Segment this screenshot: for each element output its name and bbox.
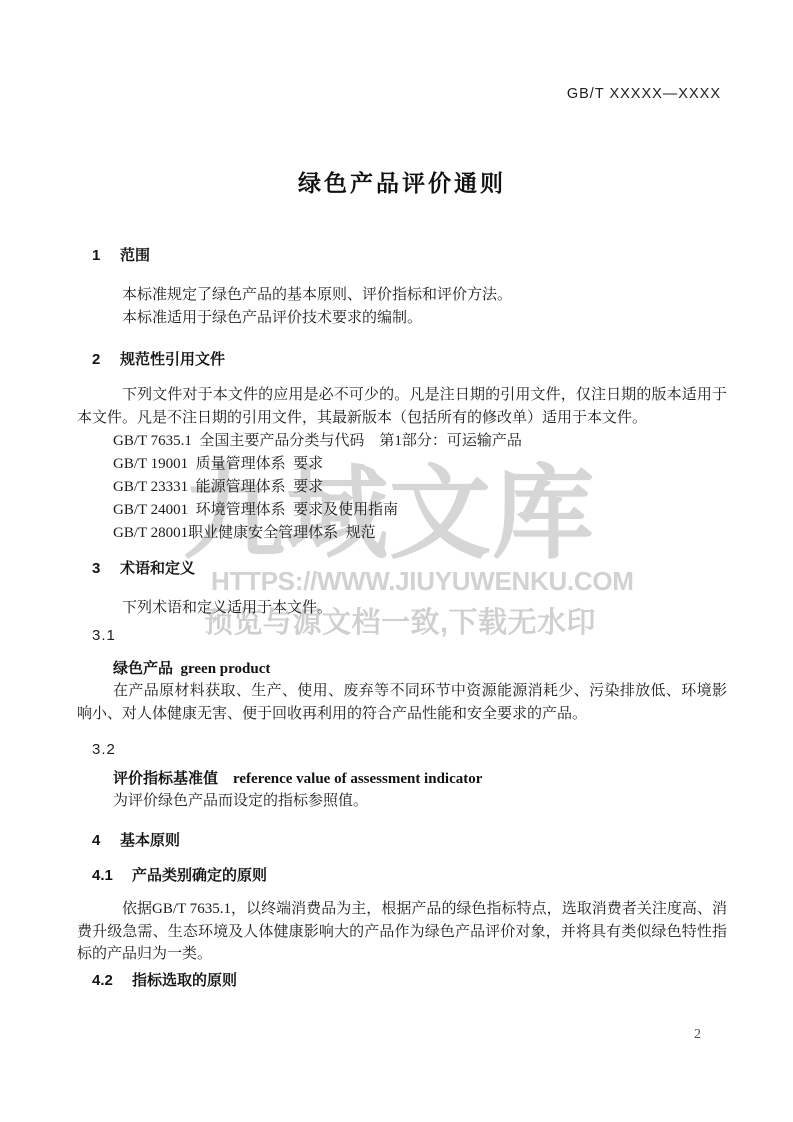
normative-references-intro: 下列文件对于本文件的应用是必不可少的。凡是注日期的引用文件，仅注日期的版本适用于… bbox=[77, 384, 727, 430]
section-4-heading: 4基本原则 bbox=[92, 831, 727, 851]
section-1-number: 1 bbox=[92, 246, 106, 266]
page-number: 2 bbox=[694, 1026, 701, 1044]
section-2-number: 2 bbox=[92, 350, 106, 370]
term-3-1-title: 绿色产品 green product bbox=[77, 658, 727, 680]
document-content: GB/T XXXXX—XXXX 绿色产品评价通则 1范围 本标准规定了绿色产品的… bbox=[0, 86, 793, 991]
reference-item: GB/T 28001职业健康安全管理体系 规范 bbox=[77, 522, 727, 545]
section-3-title: 术语和定义 bbox=[120, 560, 195, 577]
reference-item: GB/T 24001 环境管理体系 要求及使用指南 bbox=[77, 499, 727, 522]
section-4-1-number: 4.1 bbox=[92, 866, 118, 886]
term-3-1-definition: 在产品原材料获取、生产、使用、废弃等不同环节中资源能源消耗少、污染排放低、环境影… bbox=[77, 680, 727, 726]
section-1-title: 范围 bbox=[120, 247, 150, 264]
section-4-2-title: 指标选取的原则 bbox=[132, 972, 237, 989]
term-3-2-number: 3.2 bbox=[92, 740, 727, 760]
section-1-heading: 1范围 bbox=[92, 246, 727, 266]
section-4-1-heading: 4.1产品类别确定的原则 bbox=[92, 866, 727, 886]
term-3-2-definition: 为评价绿色产品而设定的指标参照值。 bbox=[77, 790, 727, 813]
section-4-2-number: 4.2 bbox=[92, 971, 118, 991]
term-3-1-number: 3.1 bbox=[92, 626, 727, 646]
section-3-heading: 3术语和定义 bbox=[92, 559, 727, 579]
section-2-title: 规范性引用文件 bbox=[120, 351, 225, 368]
terms-intro: 下列术语和定义适用于本文件。 bbox=[77, 597, 727, 620]
scope-paragraph-1: 本标准规定了绿色产品的基本原则、评价指标和评价方法。 bbox=[77, 284, 727, 307]
section-4-number: 4 bbox=[92, 831, 106, 851]
document-page: 九域文库 HTTPS://WWW.JIUYUWENKU.COM 预览与源文档一致… bbox=[0, 0, 793, 1122]
section-2-heading: 2规范性引用文件 bbox=[92, 350, 727, 370]
term-3-2-title: 评价指标基准值 reference value of assessment in… bbox=[77, 768, 727, 790]
section-4-1-paragraph: 依据GB/T 7635.1，以终端消费品为主，根据产品的绿色指标特点，选取消费者… bbox=[77, 898, 727, 966]
section-4-2-heading: 4.2指标选取的原则 bbox=[92, 971, 727, 991]
standard-code-header: GB/T XXXXX—XXXX bbox=[77, 86, 721, 102]
section-4-1-title: 产品类别确定的原则 bbox=[132, 867, 267, 884]
reference-item: GB/T 23331 能源管理体系 要求 bbox=[77, 476, 727, 499]
section-4-title: 基本原则 bbox=[120, 832, 180, 849]
reference-item: GB/T 19001 质量管理体系 要求 bbox=[77, 453, 727, 476]
reference-item: GB/T 7635.1 全国主要产品分类与代码 第1部分：可运输产品 bbox=[77, 430, 727, 453]
scope-paragraph-2: 本标准适用于绿色产品评价技术要求的编制。 bbox=[77, 307, 727, 330]
section-3-number: 3 bbox=[92, 559, 106, 579]
document-title: 绿色产品评价通则 bbox=[77, 168, 727, 198]
